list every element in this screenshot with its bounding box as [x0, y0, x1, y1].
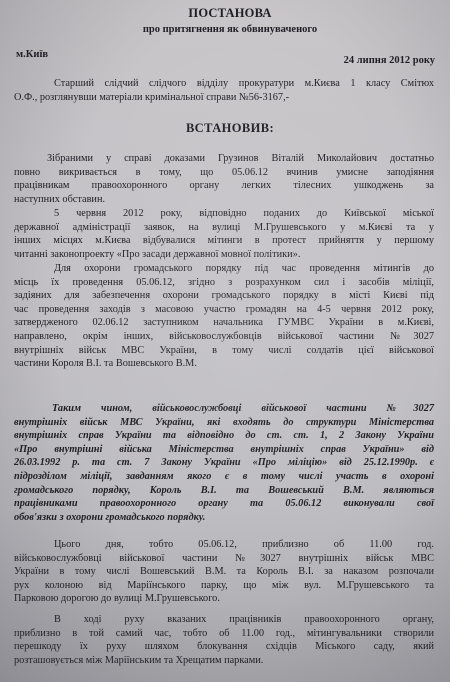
text-line: частини Короля В.І. та Вошевського В.М. — [14, 357, 434, 371]
text-line: внутрішніх військ МВС України, в тому чи… — [14, 344, 434, 358]
text-line: Цього дня, тобто 05.06.12, приблизно об … — [14, 538, 434, 552]
paragraph-4-emphasis: Таким чином, військовослужбовці військов… — [14, 402, 434, 524]
text-line: О.Ф., розглянувши матеріали кримінальної… — [14, 91, 434, 105]
document-date: 24 липня 2012 року — [344, 55, 435, 66]
text-line: Для охорони громадського порядку під час… — [14, 262, 434, 276]
text-line: 26.03.1992 р. та ст. 7 Закону України «П… — [14, 456, 434, 470]
text-line: затвердженого 02.06.12 заступником начал… — [14, 316, 434, 330]
text-line: перешкоду їх руху шляхом блокування схід… — [14, 640, 434, 654]
text-line: направлено, окрім інших, військовослужбо… — [14, 330, 434, 344]
text-line: працівниками правоохоронного органу та 0… — [14, 497, 434, 511]
paragraph-3: Для охорони громадського порядку під час… — [14, 262, 434, 371]
text-line: рух колоною від Маріїнського парку, що м… — [14, 579, 434, 593]
paragraph-5: Цього дня, тобто 05.06.12, приблизно об … — [14, 538, 434, 606]
text-line: читанні законопроекту «Про засади держав… — [14, 248, 434, 262]
text-line: 5 червня 2012 року, відповідно поданих д… — [14, 207, 434, 221]
text-line: «Про внутрішні війська Міністерства внут… — [14, 443, 434, 457]
paragraph-2: 5 червня 2012 року, відповідно поданих д… — [14, 207, 434, 261]
text-line: внутрішніх справ України та відповідно д… — [14, 429, 434, 443]
paragraph-1: Зібраними у справі доказами Грузинов Віт… — [14, 152, 434, 206]
document-subtitle: про притягнення як обвинуваченого — [0, 24, 450, 35]
text-line: розташовується між Маріїнським та Хрещат… — [14, 654, 434, 668]
text-line: Таким чином, військовослужбовці військов… — [14, 402, 434, 416]
intro-paragraph: Старший слідчий слідчого відділу прокура… — [14, 77, 434, 104]
text-line: внутрішніх військ МВС України, які входя… — [14, 416, 434, 430]
text-line: задіяних для забезпечення охорони громад… — [14, 289, 434, 303]
text-line: підрозділом міліції, завданням якого є в… — [14, 470, 434, 484]
text-line: приблизно в той самий час, тобто об 11.0… — [14, 627, 434, 641]
text-line: Зібраними у справі доказами Грузинов Віт… — [14, 152, 434, 166]
text-line: військовослужбовці військової частини №3… — [14, 552, 434, 566]
text-line: інших місцях м.Києва відбувалися мітинги… — [14, 234, 434, 248]
paragraph-6: В ході руху вказаних працівників правоох… — [14, 613, 434, 667]
text-line: обов'язки з охорони громадського порядку… — [14, 511, 434, 525]
text-line: повно викривається в тому, що 05.06.12 в… — [14, 166, 434, 180]
document-title: ПОСТАНОВА — [0, 6, 450, 21]
text-line: України в тому числі Вошевський В.М. та … — [14, 565, 434, 579]
document-page: ПОСТАНОВА про притягнення як обвинувачен… — [0, 0, 450, 682]
text-line: наступних обставин. — [14, 193, 434, 207]
text-line: час проведення заходів з масовою участю … — [14, 303, 434, 317]
text-line: Старший слідчий слідчого відділу прокура… — [14, 77, 434, 91]
text-line: Парковою дорогою до вулиці М.Грушевськог… — [14, 592, 434, 606]
text-line: працівникам правоохоронного органу легки… — [14, 179, 434, 193]
text-line: державної адміністрації заявок, на вулиц… — [14, 221, 434, 235]
document-city: м.Київ — [16, 49, 48, 60]
text-line: місць їх проведення 05.06.12, згідно з р… — [14, 276, 434, 290]
section-heading: ВСТАНОВИВ: — [0, 121, 450, 136]
text-line: В ході руху вказаних працівників правоох… — [14, 613, 434, 627]
text-line: громадського порядку, Король В.І. та Вош… — [14, 484, 434, 498]
